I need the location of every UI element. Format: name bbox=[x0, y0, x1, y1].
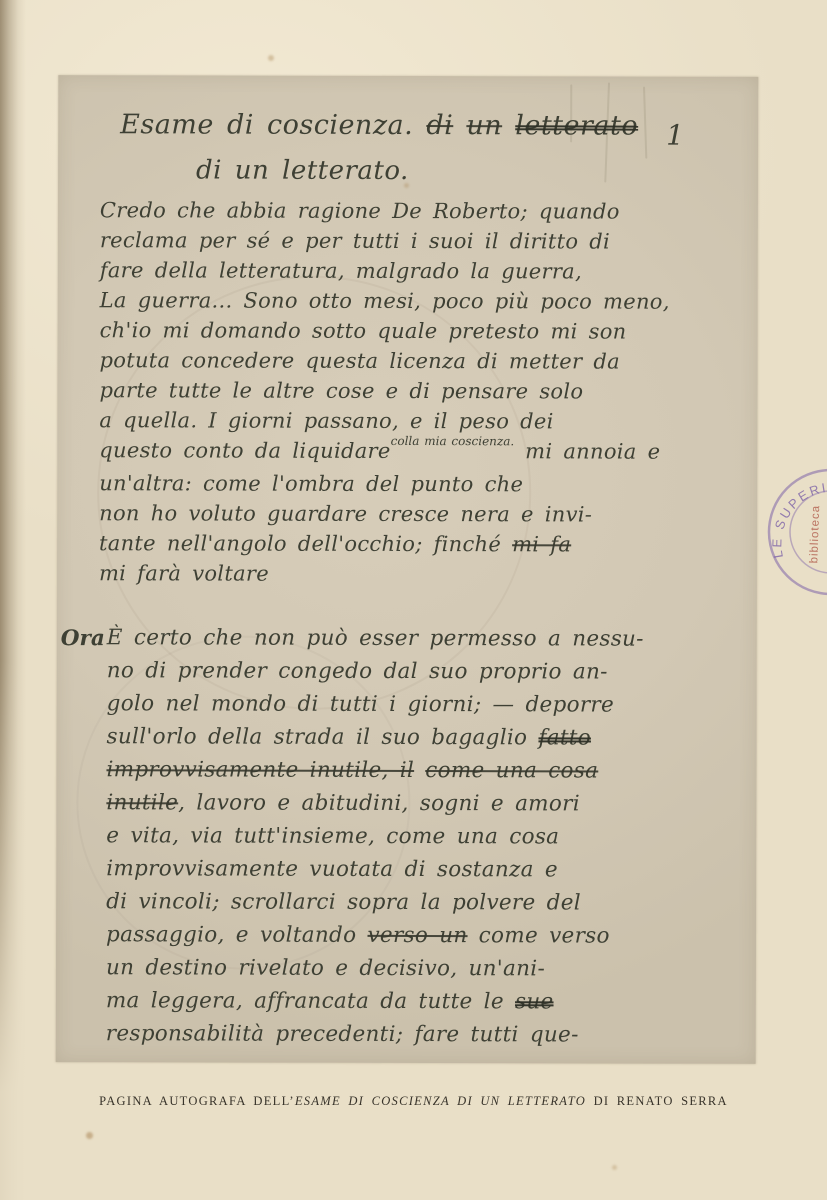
handwritten-text: mi farà voltare bbox=[99, 561, 269, 585]
manuscript-title-line2: di un letterato. bbox=[196, 155, 409, 186]
foxing-spot bbox=[268, 55, 274, 61]
handwritten-text: di vincoli; scrollarci sopra la polvere … bbox=[106, 889, 581, 915]
manuscript-line: Esame di coscienza. di un letterato bbox=[120, 109, 638, 141]
handwritten-text: È certo che non può esser permesso a nes… bbox=[107, 625, 644, 651]
manuscript-line: un destino rivelato e decisivo, un'ani- bbox=[106, 951, 754, 986]
foxing-spot bbox=[404, 183, 409, 188]
handwritten-text: ch'io mi domando sotto quale pretesto mi… bbox=[100, 318, 627, 343]
struck-text: come una cosa bbox=[425, 758, 598, 783]
handwritten-text: no di prender congedo dal suo proprio an… bbox=[107, 658, 608, 684]
manuscript-line: Credo che abbia ragione De Roberto; quan… bbox=[100, 195, 748, 227]
manuscript-line: a quella. I giorni passano, e il peso de… bbox=[99, 405, 747, 437]
manuscript-line: fare della letteratura, malgrado la guer… bbox=[100, 255, 748, 287]
struck-text: fatto bbox=[538, 725, 591, 750]
handwritten-text: La guerra... Sono otto mesi, poco più po… bbox=[100, 288, 670, 313]
caption-prefix: PAGINA AUTOGRAFA DELL’ bbox=[99, 1094, 295, 1108]
handwritten-text: mi annoia e bbox=[514, 439, 660, 463]
manuscript-line: tante nell'angolo dell'occhio; finché mi… bbox=[99, 528, 747, 560]
handwritten-text: un destino rivelato e decisivo, un'ani- bbox=[106, 955, 545, 981]
binding-gutter-fade bbox=[0, 660, 30, 1200]
foxing-spot bbox=[612, 1165, 617, 1170]
manuscript-line: sull'orlo della strada il suo bagaglio f… bbox=[107, 720, 755, 755]
handwritten-text: fare della letteratura, malgrado la guer… bbox=[100, 258, 582, 283]
manuscript-line: È certo che non può esser permesso a nes… bbox=[107, 621, 755, 656]
handwritten-text: parte tutte le altre cose e di pensare s… bbox=[99, 378, 583, 403]
interlinear-insertion: colla mia coscienza. bbox=[391, 434, 515, 448]
manuscript-line: parte tutte le altre cose e di pensare s… bbox=[99, 375, 747, 407]
struck-text: mi fa bbox=[512, 532, 571, 556]
manuscript-paragraph-1: Credo che abbia ragione De Roberto; quan… bbox=[99, 195, 748, 590]
handwritten-text: e vita, via tutt'insieme, come una cosa bbox=[106, 823, 559, 849]
plate-caption: PAGINA AUTOGRAFA DELL’ESAME DI COSCIENZA… bbox=[0, 1094, 827, 1109]
crease-mark bbox=[643, 87, 647, 159]
handwritten-text: non ho voluto guardare cresce nera e inv… bbox=[99, 501, 592, 526]
margin-annotation-ora: Ora bbox=[61, 622, 105, 655]
manuscript-line: di vincoli; scrollarci sopra la polvere … bbox=[106, 885, 754, 920]
foxing-spot bbox=[86, 1132, 93, 1139]
library-stamp: LE SUPERIORE biblioteca bbox=[761, 462, 827, 604]
handwritten-text bbox=[414, 758, 425, 783]
handwritten-text: passaggio, e voltando bbox=[106, 922, 368, 948]
manuscript-line: non ho voluto guardare cresce nera e inv… bbox=[99, 498, 747, 530]
manuscript-line: ch'io mi domando sotto quale pretesto mi… bbox=[100, 315, 748, 347]
handwritten-text bbox=[502, 110, 515, 141]
manuscript-line: mi farà voltare bbox=[99, 558, 747, 590]
manuscript-paragraph-2: Ora È certo che non può esser permesso a… bbox=[106, 621, 755, 1052]
struck-text: letterato bbox=[515, 110, 638, 141]
manuscript-line: reclama per sé e per tutti i suoi il dir… bbox=[100, 225, 748, 257]
struck-text: verso un bbox=[367, 923, 467, 948]
stamp-biblioteca-text: biblioteca bbox=[808, 505, 822, 564]
manuscript-line: potuta concedere questa licenza di mette… bbox=[100, 345, 748, 377]
handwritten-text: responsabilità precedenti; fare tutti qu… bbox=[106, 1021, 579, 1047]
handwritten-text: tante nell'angolo dell'occhio; finché bbox=[99, 531, 512, 556]
manuscript-line: improvvisamente inutile, il come una cos… bbox=[106, 753, 754, 788]
struck-text: un bbox=[466, 110, 502, 141]
manuscript-title-line1: Esame di coscienza. di un letterato bbox=[120, 109, 638, 141]
handwritten-text: , lavoro e abitudini, sogni e amori bbox=[178, 790, 580, 816]
manuscript-line: no di prender congedo dal suo proprio an… bbox=[107, 654, 755, 689]
manuscript-line: La guerra... Sono otto mesi, poco più po… bbox=[100, 285, 748, 317]
handwritten-text: potuta concedere questa licenza di mette… bbox=[100, 348, 620, 373]
handwritten-text: golo nel mondo di tutti i giorni; — depo… bbox=[107, 691, 614, 717]
book-page: { "colors": { "page_background": "#e9dfc… bbox=[0, 0, 827, 1200]
library-stamp-graphic: LE SUPERIORE biblioteca bbox=[761, 462, 827, 604]
handwritten-text: Esame di coscienza. bbox=[120, 109, 426, 141]
manuscript-line: responsabilità precedenti; fare tutti qu… bbox=[106, 1017, 754, 1052]
manuscript-photo-plate: Esame di coscienza. di un letterato 1 di… bbox=[56, 75, 759, 1064]
handwritten-text: a quella. I giorni passano, e il peso de… bbox=[99, 408, 553, 433]
handwritten-text: ma leggera, affrancata da tutte le bbox=[106, 988, 515, 1014]
manuscript-line: passaggio, e voltando verso un come vers… bbox=[106, 918, 754, 953]
manuscript-line: questo conto da liquidarecolla mia cosci… bbox=[99, 435, 747, 470]
manuscript-line: ma leggera, affrancata da tutte le sue bbox=[106, 984, 754, 1019]
handwritten-text bbox=[453, 110, 466, 141]
caption-suffix: DI RENATO SERRA bbox=[586, 1094, 728, 1108]
handwritten-text: questo conto da liquidare bbox=[99, 438, 390, 463]
handwritten-text: un'altra: come l'ombra del punto che bbox=[99, 471, 523, 496]
manuscript-line: un'altra: come l'ombra del punto che bbox=[99, 468, 747, 500]
handwritten-text: sull'orlo della strada il suo bagaglio bbox=[107, 724, 539, 750]
handwritten-text: improvvisamente vuotata di sostanza e bbox=[106, 856, 558, 882]
handwritten-text: reclama per sé e per tutti i suoi il dir… bbox=[100, 228, 610, 253]
manuscript-line: golo nel mondo di tutti i giorni; — depo… bbox=[107, 687, 755, 722]
handwritten-text: Credo che abbia ragione De Roberto; quan… bbox=[100, 198, 620, 223]
handwritten-text: come verso bbox=[468, 923, 610, 948]
manuscript-line: inutile, lavoro e abitudini, sogni e amo… bbox=[106, 786, 754, 821]
struck-text: sue bbox=[515, 989, 554, 1014]
struck-text: di bbox=[426, 110, 453, 141]
caption-work-title: ESAME DI COSCIENZA DI UN LETTERATO bbox=[295, 1094, 586, 1108]
manuscript-line: e vita, via tutt'insieme, come una cosa bbox=[106, 819, 754, 854]
struck-text: inutile bbox=[106, 790, 178, 815]
manuscript-line: improvvisamente vuotata di sostanza e bbox=[106, 852, 754, 887]
struck-text: improvvisamente inutile, il bbox=[106, 757, 414, 783]
page-number: 1 bbox=[666, 119, 684, 152]
